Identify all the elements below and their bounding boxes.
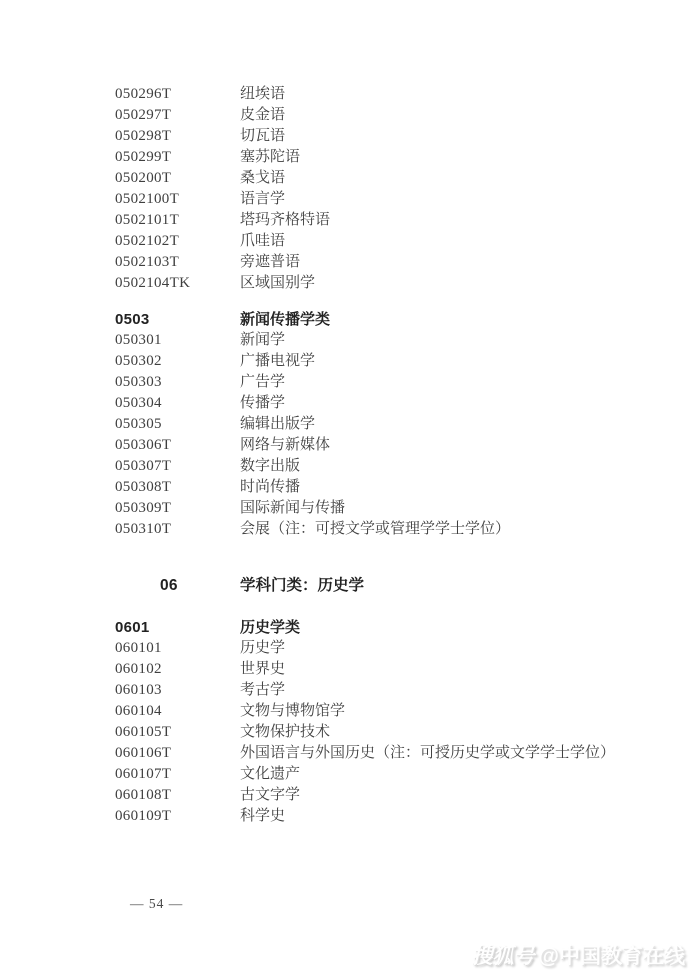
major-name: 考古学 bbox=[240, 680, 670, 701]
major-row: 050305编辑出版学 bbox=[115, 414, 670, 435]
category-code: 0503 bbox=[115, 309, 240, 330]
major-row: 050309T国际新闻与传播 bbox=[115, 498, 670, 519]
major-code: 050306T bbox=[115, 435, 240, 456]
major-row: 0502103T旁遮普语 bbox=[115, 252, 670, 273]
major-row: 050299T塞苏陀语 bbox=[115, 147, 670, 168]
major-code: 050307T bbox=[115, 456, 240, 477]
major-name: 区域国别学 bbox=[240, 273, 670, 294]
watermark-logo-text: 搜狐号 bbox=[472, 945, 535, 968]
division-code: 06 bbox=[115, 575, 240, 596]
major-code: 060102 bbox=[115, 659, 240, 680]
major-row: 050310T会展（注：可授文学或管理学学士学位） bbox=[115, 519, 670, 540]
major-row: 060103考古学 bbox=[115, 680, 670, 701]
major-code: 050299T bbox=[115, 147, 240, 168]
major-code: 050305 bbox=[115, 414, 240, 435]
major-code: 050200T bbox=[115, 168, 240, 189]
major-code: 050301 bbox=[115, 330, 240, 351]
major-row: 050298T切瓦语 bbox=[115, 126, 670, 147]
major-row: 0502102T爪哇语 bbox=[115, 231, 670, 252]
major-name: 爪哇语 bbox=[240, 231, 670, 252]
major-name: 外国语言与外国历史（注：可授历史学或文学学士学位） bbox=[240, 743, 670, 764]
major-row: 060104文物与博物馆学 bbox=[115, 701, 670, 722]
major-code: 060108T bbox=[115, 785, 240, 806]
watermark: 搜狐号@中国教育在线 bbox=[472, 940, 685, 970]
major-code: 050302 bbox=[115, 351, 240, 372]
major-code: 0502103T bbox=[115, 252, 240, 273]
major-name: 皮金语 bbox=[240, 105, 670, 126]
major-code: 050310T bbox=[115, 519, 240, 540]
major-name: 科学史 bbox=[240, 806, 670, 827]
division-header: 06学科门类：历史学 bbox=[115, 575, 670, 596]
major-row: 060107T文化遗产 bbox=[115, 764, 670, 785]
major-row: 0502104TK区域国别学 bbox=[115, 273, 670, 294]
major-name: 旁遮普语 bbox=[240, 252, 670, 273]
major-code: 050303 bbox=[115, 372, 240, 393]
category-code: 0601 bbox=[115, 617, 240, 638]
major-group: 050296T纽埃语050297T皮金语050298T切瓦语050299T塞苏陀… bbox=[115, 84, 670, 294]
category-name: 历史学类 bbox=[240, 617, 670, 638]
major-code: 050298T bbox=[115, 126, 240, 147]
major-code: 060109T bbox=[115, 806, 240, 827]
major-name: 历史学 bbox=[240, 638, 670, 659]
major-row: 050306T网络与新媒体 bbox=[115, 435, 670, 456]
major-code: 050304 bbox=[115, 393, 240, 414]
major-row: 050303广告学 bbox=[115, 372, 670, 393]
page-number: — 54 — bbox=[130, 896, 183, 912]
major-code: 050308T bbox=[115, 477, 240, 498]
major-name: 国际新闻与传播 bbox=[240, 498, 670, 519]
major-code: 060107T bbox=[115, 764, 240, 785]
major-row: 050296T纽埃语 bbox=[115, 84, 670, 105]
major-name: 世界史 bbox=[240, 659, 670, 680]
major-row: 060101历史学 bbox=[115, 638, 670, 659]
major-row: 050304传播学 bbox=[115, 393, 670, 414]
major-name: 塔玛齐格特语 bbox=[240, 210, 670, 231]
major-name: 桑戈语 bbox=[240, 168, 670, 189]
major-code: 050296T bbox=[115, 84, 240, 105]
major-name: 古文字学 bbox=[240, 785, 670, 806]
major-row: 060102世界史 bbox=[115, 659, 670, 680]
major-name: 语言学 bbox=[240, 189, 670, 210]
major-row: 0502101T塔玛齐格特语 bbox=[115, 210, 670, 231]
major-name: 传播学 bbox=[240, 393, 670, 414]
major-row: 050308T时尚传播 bbox=[115, 477, 670, 498]
major-code: 060101 bbox=[115, 638, 240, 659]
major-name: 编辑出版学 bbox=[240, 414, 670, 435]
major-row: 050307T数字出版 bbox=[115, 456, 670, 477]
category-header: 0503新闻传播学类 bbox=[115, 309, 670, 330]
major-row: 060109T科学史 bbox=[115, 806, 670, 827]
major-row: 0502100T语言学 bbox=[115, 189, 670, 210]
division-title: 学科门类：历史学 bbox=[240, 575, 670, 596]
major-name: 广告学 bbox=[240, 372, 670, 393]
major-name: 文物与博物馆学 bbox=[240, 701, 670, 722]
major-name: 塞苏陀语 bbox=[240, 147, 670, 168]
major-row: 050297T皮金语 bbox=[115, 105, 670, 126]
major-name: 切瓦语 bbox=[240, 126, 670, 147]
major-code: 060103 bbox=[115, 680, 240, 701]
major-name: 广播电视学 bbox=[240, 351, 670, 372]
major-name: 数字出版 bbox=[240, 456, 670, 477]
category-header: 0601历史学类 bbox=[115, 617, 670, 638]
major-code: 0502101T bbox=[115, 210, 240, 231]
major-row: 050200T桑戈语 bbox=[115, 168, 670, 189]
major-code: 060105T bbox=[115, 722, 240, 743]
major-code: 060104 bbox=[115, 701, 240, 722]
major-name: 新闻学 bbox=[240, 330, 670, 351]
major-row: 060105T文物保护技术 bbox=[115, 722, 670, 743]
major-name: 网络与新媒体 bbox=[240, 435, 670, 456]
major-row: 060106T外国语言与外国历史（注：可授历史学或文学学士学位） bbox=[115, 743, 670, 764]
major-group: 0601历史学类060101历史学060102世界史060103考古学06010… bbox=[115, 617, 670, 827]
major-row: 060108T古文字学 bbox=[115, 785, 670, 806]
division-group: 06学科门类：历史学 bbox=[115, 575, 670, 596]
category-name: 新闻传播学类 bbox=[240, 309, 670, 330]
document-page: 050296T纽埃语050297T皮金语050298T切瓦语050299T塞苏陀… bbox=[0, 0, 690, 976]
major-code: 050297T bbox=[115, 105, 240, 126]
major-name: 文物保护技术 bbox=[240, 722, 670, 743]
major-name: 会展（注：可授文学或管理学学士学位） bbox=[240, 519, 670, 540]
major-name: 文化遗产 bbox=[240, 764, 670, 785]
major-code-list: 050296T纽埃语050297T皮金语050298T切瓦语050299T塞苏陀… bbox=[0, 0, 690, 827]
major-row: 050301新闻学 bbox=[115, 330, 670, 351]
major-code: 0502104TK bbox=[115, 273, 240, 294]
major-name: 纽埃语 bbox=[240, 84, 670, 105]
major-code: 050309T bbox=[115, 498, 240, 519]
major-code: 0502100T bbox=[115, 189, 240, 210]
watermark-account-text: @中国教育在线 bbox=[539, 945, 685, 968]
major-code: 0502102T bbox=[115, 231, 240, 252]
major-row: 050302广播电视学 bbox=[115, 351, 670, 372]
major-name: 时尚传播 bbox=[240, 477, 670, 498]
major-code: 060106T bbox=[115, 743, 240, 764]
major-group: 0503新闻传播学类050301新闻学050302广播电视学050303广告学0… bbox=[115, 309, 670, 540]
